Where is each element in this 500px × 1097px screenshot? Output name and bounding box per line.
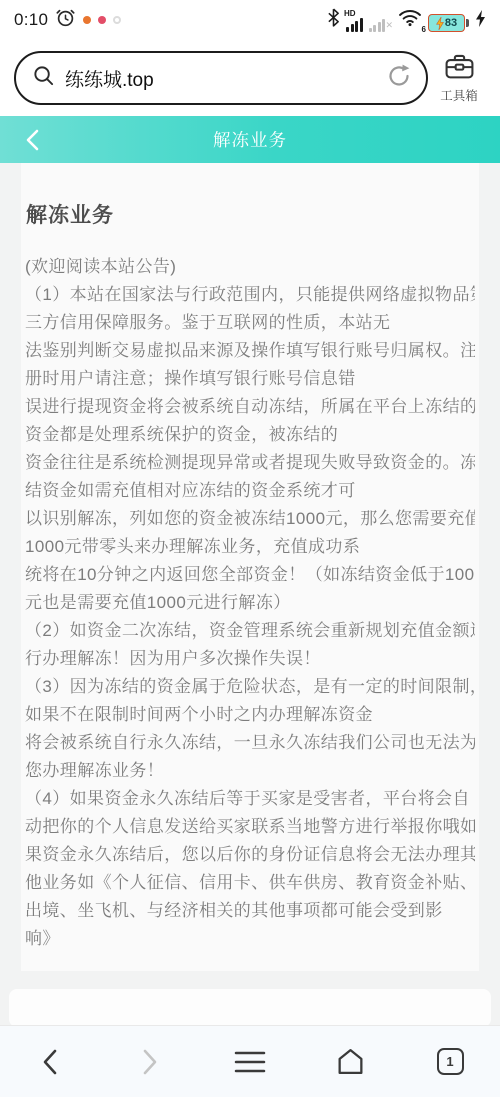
browser-nav-bar: 1 [0,1025,500,1097]
clock-time: 0:10 [14,10,48,30]
status-right: HD ✕ 6 8 [327,8,486,32]
toolbox-button[interactable]: 工具箱 [428,53,490,104]
webpage-content: 解冻业务 (欢迎阅读本站公告)（1）本站在国家法与行政范围内，只能提供网络虚拟物… [0,163,500,1025]
nav-home-button[interactable] [320,1032,380,1092]
url-text[interactable]: 练练城.top [65,65,376,92]
cell-signal-hd-icon: HD [346,10,363,32]
announcement-line: 以识别解冻，列如您的资金被冻结1000元，那么您需要充值 [25,505,475,533]
chevron-left-icon [39,1047,61,1077]
tab-count: 1 [446,1054,453,1069]
notification-dot-icon [113,16,121,24]
search-icon [32,64,55,92]
chevron-right-icon [139,1047,161,1077]
chevron-left-icon [24,128,41,152]
nav-tabs-button[interactable]: 1 [420,1032,480,1092]
home-icon [335,1047,366,1076]
announcement-line: 统将在10分钟之内返回您全部资金！（如冻结资金低于1000 [25,561,475,589]
next-section-card [9,989,491,1025]
notification-dot-icon [98,16,106,24]
announcement-line: 三方信用保障服务。鉴于互联网的性质，本站无 [25,309,475,337]
announcement-text: (欢迎阅读本站公告)（1）本站在国家法与行政范围内，只能提供网络虚拟物品第三方信… [25,253,475,953]
notification-dot-icon [83,16,91,24]
battery-icon: 83 [428,14,469,32]
announcement-line: 资金往往是系统检测提现异常或者提现失败导致资金的。冻 [25,449,475,477]
announcement-line: 册时用户请注意；操作填写银行账号信息错 [25,365,475,393]
announcement-line: 误进行提现资金将会被系统自动冻结，所属在平台上冻结的 [25,393,475,421]
page-title: 解冻业务 [213,127,287,152]
cell-signal-off-icon: ✕ [369,19,393,32]
battery-bolt-icon [436,17,444,30]
announcement-panel: 解冻业务 (欢迎阅读本站公告)（1）本站在国家法与行政范围内，只能提供网络虚拟物… [21,163,479,971]
nav-menu-button[interactable] [220,1032,280,1092]
tab-count-icon: 1 [437,1048,464,1075]
announcement-line: 动把你的个人信息发送给买家联系当地警方进行举报你哦如 [25,813,475,841]
announcement-line: 元也是需要充值1000元进行解冻） [25,589,475,617]
announcement-line: 结资金如需充值相对应冻结的资金系统才可 [25,477,475,505]
nav-forward-button[interactable] [120,1032,180,1092]
address-bar[interactable]: 练练城.top [14,51,428,105]
announcement-line: 响》 [25,925,475,953]
bluetooth-icon [327,8,340,32]
announcement-line: 行办理解冻！因为用户多次操作失误！ [25,645,475,673]
announcement-line: 如果不在限制时间两个小时之内办理解冻资金 [25,701,475,729]
announcement-line: （2）如资金二次冻结，资金管理系统会重新规划充值金额进 [25,617,475,645]
hamburger-menu-icon [234,1049,266,1075]
announcement-line: 将会被系统自行永久冻结，一旦永久冻结我们公司也无法为 [25,729,475,757]
announcement-line: 1000元带零头来办理解冻业务，充值成功系 [25,533,475,561]
announcement-line: 出境、坐飞机、与经济相关的其他事项都可能会受到影 [25,897,475,925]
back-button[interactable] [18,116,47,163]
phone-screen: 0:10 HD [0,0,500,1097]
toolbox-label: 工具箱 [440,86,478,104]
briefcase-icon [444,53,475,85]
announcement-line: (欢迎阅读本站公告) [25,253,475,281]
status-left: 0:10 [14,7,121,33]
nav-back-button[interactable] [20,1032,80,1092]
announcement-line: 果资金永久冻结后，您以后你的身份证信息将会无法办理其 [25,841,475,869]
page-header: 解冻业务 [0,116,500,163]
announcement-line: 法鉴别判断交易虚拟品来源及操作填写银行账号归属权。注 [25,337,475,365]
battery-percent: 83 [445,17,457,29]
announcement-line: 资金都是处理系统保护的资金，被冻结的 [25,421,475,449]
document-heading: 解冻业务 [26,202,475,229]
browser-address-row: 练练城.top 工具箱 [0,40,500,116]
announcement-line: （4）如果资金永久冻结后等于买家是受害者，平台将会自 [25,785,475,813]
wifi-icon: 6 [398,8,422,32]
alarm-icon [55,7,76,33]
announcement-line: （1）本站在国家法与行政范围内，只能提供网络虚拟物品第 [25,281,475,309]
status-bar: 0:10 HD [0,0,500,40]
announcement-line: （3）因为冻结的资金属于危险状态，是有一定的时间限制， [25,673,475,701]
charging-bolt-icon [475,10,486,32]
announcement-line: 他业务如《个人征信、信用卡、供车供房、教育资金补贴、 [25,869,475,897]
announcement-line: 您办理解冻业务！ [25,757,475,785]
reload-icon[interactable] [386,63,412,94]
